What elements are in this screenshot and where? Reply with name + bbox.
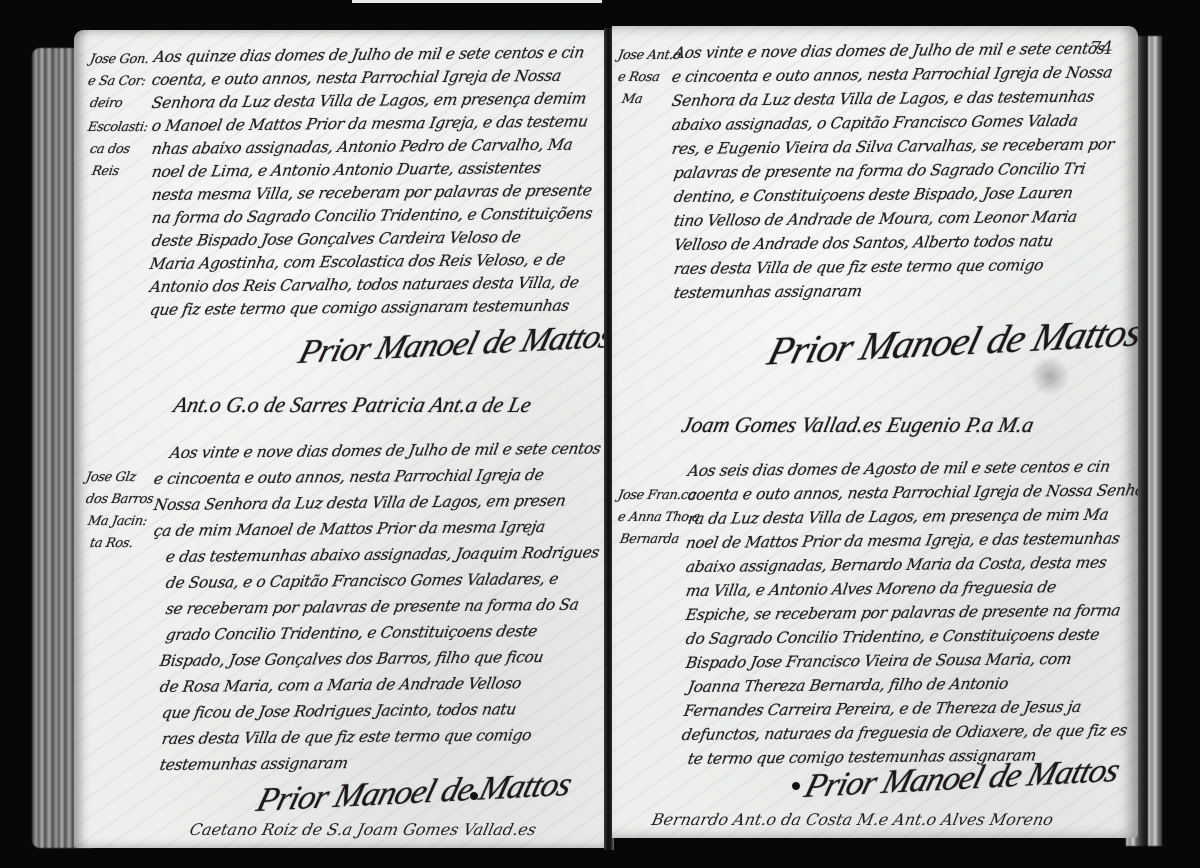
entry-title: Ant.o G.o de Sarres Patricia Ant.a de Le <box>171 392 533 418</box>
text-line: ra da Luz desta Villa de Lagos, em prese… <box>687 506 1110 528</box>
margin-line: Ma Jacin: <box>87 514 148 529</box>
text-line: Senhora da Luz desta Villa de Lagos, em … <box>151 89 588 112</box>
right-page: 74 Jose Ant.o e Rosa Ma Aos vinte e nove… <box>612 26 1138 838</box>
margin-line: Ma <box>621 92 644 107</box>
margin-line: dos Barros <box>85 492 155 507</box>
text-line: testemunhas assignaram <box>159 754 350 774</box>
text-line: coenta e outo annos, nesta Parrochial Ig… <box>687 481 1138 504</box>
text-line: defunctos, naturaes da freguesia de Odia… <box>681 721 1129 744</box>
text-line: de Sousa, e o Capitão Francisco Gomes Va… <box>165 570 560 592</box>
text-line: deste Bispado Jose Gonçalves Cardeira Ve… <box>151 228 523 250</box>
text-line: e das testemunhas abaixo assignadas, Joa… <box>165 543 601 566</box>
entry-title: Joam Gomes Vallad.es Eugenio P.a M.a <box>679 412 1036 438</box>
ink-blot <box>470 792 478 800</box>
text-line: Velloso de Andrade dos Santos, Alberto t… <box>673 232 1055 254</box>
witness-signatures: Caetano Roiz de S.a Joam Gomes Vallad.es <box>188 820 538 839</box>
text-line: Joanna Thereza Bernarda, filho de Antoni… <box>687 675 1010 696</box>
text-line: palavras de presente na forma do Sagrado… <box>673 160 1087 182</box>
text-line: de Rosa Maria, com a Maria de Andrade Ve… <box>159 674 523 696</box>
text-line: se receberam por palavras de presente na… <box>165 596 581 618</box>
margin-line: Jose Fran.co <box>617 488 697 503</box>
text-line: Bispado, Jose Gonçalves dos Barros, filh… <box>159 648 545 670</box>
text-line: Aos quinze dias domes de Julho de mil e … <box>153 44 586 66</box>
text-line: Aos vinte e nove dias domes de Julho de … <box>673 39 1107 61</box>
text-line: tino Velloso de Andrade de Moura, com Le… <box>673 208 1079 230</box>
margin-line: deiro <box>89 96 124 111</box>
open-book: Jose Gon. e Sa Cor: deiro Escolasti: ca … <box>20 22 1180 854</box>
text-line: abaixo assignadas, o Capitão Francisco G… <box>671 112 1080 134</box>
text-line: raes desta Villa de que fiz este termo q… <box>673 256 1045 278</box>
margin-line: e Rosa <box>617 70 661 85</box>
text-line: Espiche, se receberam por palavras de pr… <box>685 601 1122 624</box>
text-line: Aos vinte e nove dias domes de Julho de … <box>169 439 603 461</box>
ink-blot <box>792 782 800 790</box>
paper-stain <box>1030 356 1070 396</box>
text-line: ça de mim Manoel de Mattos Prior da mesm… <box>153 518 547 540</box>
text-line: Nossa Senhora da Luz desta Villa de Lago… <box>153 492 567 514</box>
text-line: ma Villa, e Antonio Alves Moreno da freg… <box>685 578 1058 600</box>
margin-line: Escolasti: <box>87 120 149 135</box>
text-line: dentino, e Constituiçoens deste Bispado,… <box>673 184 1075 206</box>
top-light-strip <box>352 0 602 3</box>
text-line: res, e Eugenio Vieira da Silva Carvalhas… <box>671 135 1116 158</box>
text-line: Aos seis dias domes de Agosto de mil e s… <box>687 458 1112 480</box>
text-line: o Manoel de Mattos Prior da mesma Igreja… <box>151 112 590 135</box>
text-line: e cincoenta e outo annos, nesta Parrochi… <box>153 466 545 488</box>
text-line: Antonio dos Reis Carvalho, todos naturae… <box>149 274 581 296</box>
margin-line: Reis <box>91 164 120 179</box>
text-line: Bispado Jose Francisco Vieira de Sousa M… <box>685 650 1073 672</box>
text-line: que fiz este termo que comigo assignaram… <box>149 297 571 319</box>
text-line: Fernandes Carreira Pereira, e de Thereza… <box>683 698 1083 720</box>
margin-line: ca dos <box>89 142 131 157</box>
signature-prior: Prior Manoel de Mattos <box>252 766 575 820</box>
signature-prior: Prior Manoel de Mattos <box>294 318 606 372</box>
margin-line: Jose Glz <box>85 470 137 485</box>
text-line: abaixo assignadas, Bernardo Maria da Cos… <box>685 554 1108 576</box>
scanned-register-photo: Jose Gon. e Sa Cor: deiro Escolasti: ca … <box>0 0 1200 868</box>
text-line: que ficou de Jose Rodrigues Jacinto, tod… <box>161 700 518 722</box>
text-line: coenta, e outo annos, nesta Parrochial I… <box>151 67 563 89</box>
text-line: Maria Agostinha, com Escolastica dos Rei… <box>149 251 567 273</box>
text-line: nhas abaixo assignadas, Antonio Pedro de… <box>151 136 574 158</box>
text-line: do Sagrado Concilio Tridentino, e Consti… <box>685 626 1101 648</box>
signature-prior: Prior Manoel de Mattos <box>763 308 1138 374</box>
text-line: noel de Lima, e Antonio Antonio Duarte, … <box>151 159 543 181</box>
text-line: testemunhas assignaram <box>673 282 864 302</box>
text-line: grado Concilio Tridentino, e Constituiço… <box>165 622 539 644</box>
margin-line: ta Ros. <box>89 536 134 551</box>
text-line: raes desta Villa de que fiz este termo q… <box>161 726 533 748</box>
witness-signatures: Bernardo Ant.o da Costa M.e Ant.o Alves … <box>650 810 1055 829</box>
text-line: e cincoenta e outo annos, nesta Parrochi… <box>671 63 1114 86</box>
text-line: na forma do Sagrado Concilio Tridentino,… <box>151 204 594 227</box>
left-page: Jose Gon. e Sa Cor: deiro Escolasti: ca … <box>74 30 606 848</box>
text-line: Senhora da Luz desta Villa de Lagos, e d… <box>671 88 1096 110</box>
text-line: nesta mesma Villa, se receberam por pala… <box>151 181 594 204</box>
margin-line: Bernarda <box>619 532 680 547</box>
text-line: noel de Mattos Prior da mesma Igreja, e … <box>685 529 1121 552</box>
margin-line: Jose Gon. <box>89 52 150 67</box>
margin-line: e Sa Cor: <box>87 74 147 89</box>
